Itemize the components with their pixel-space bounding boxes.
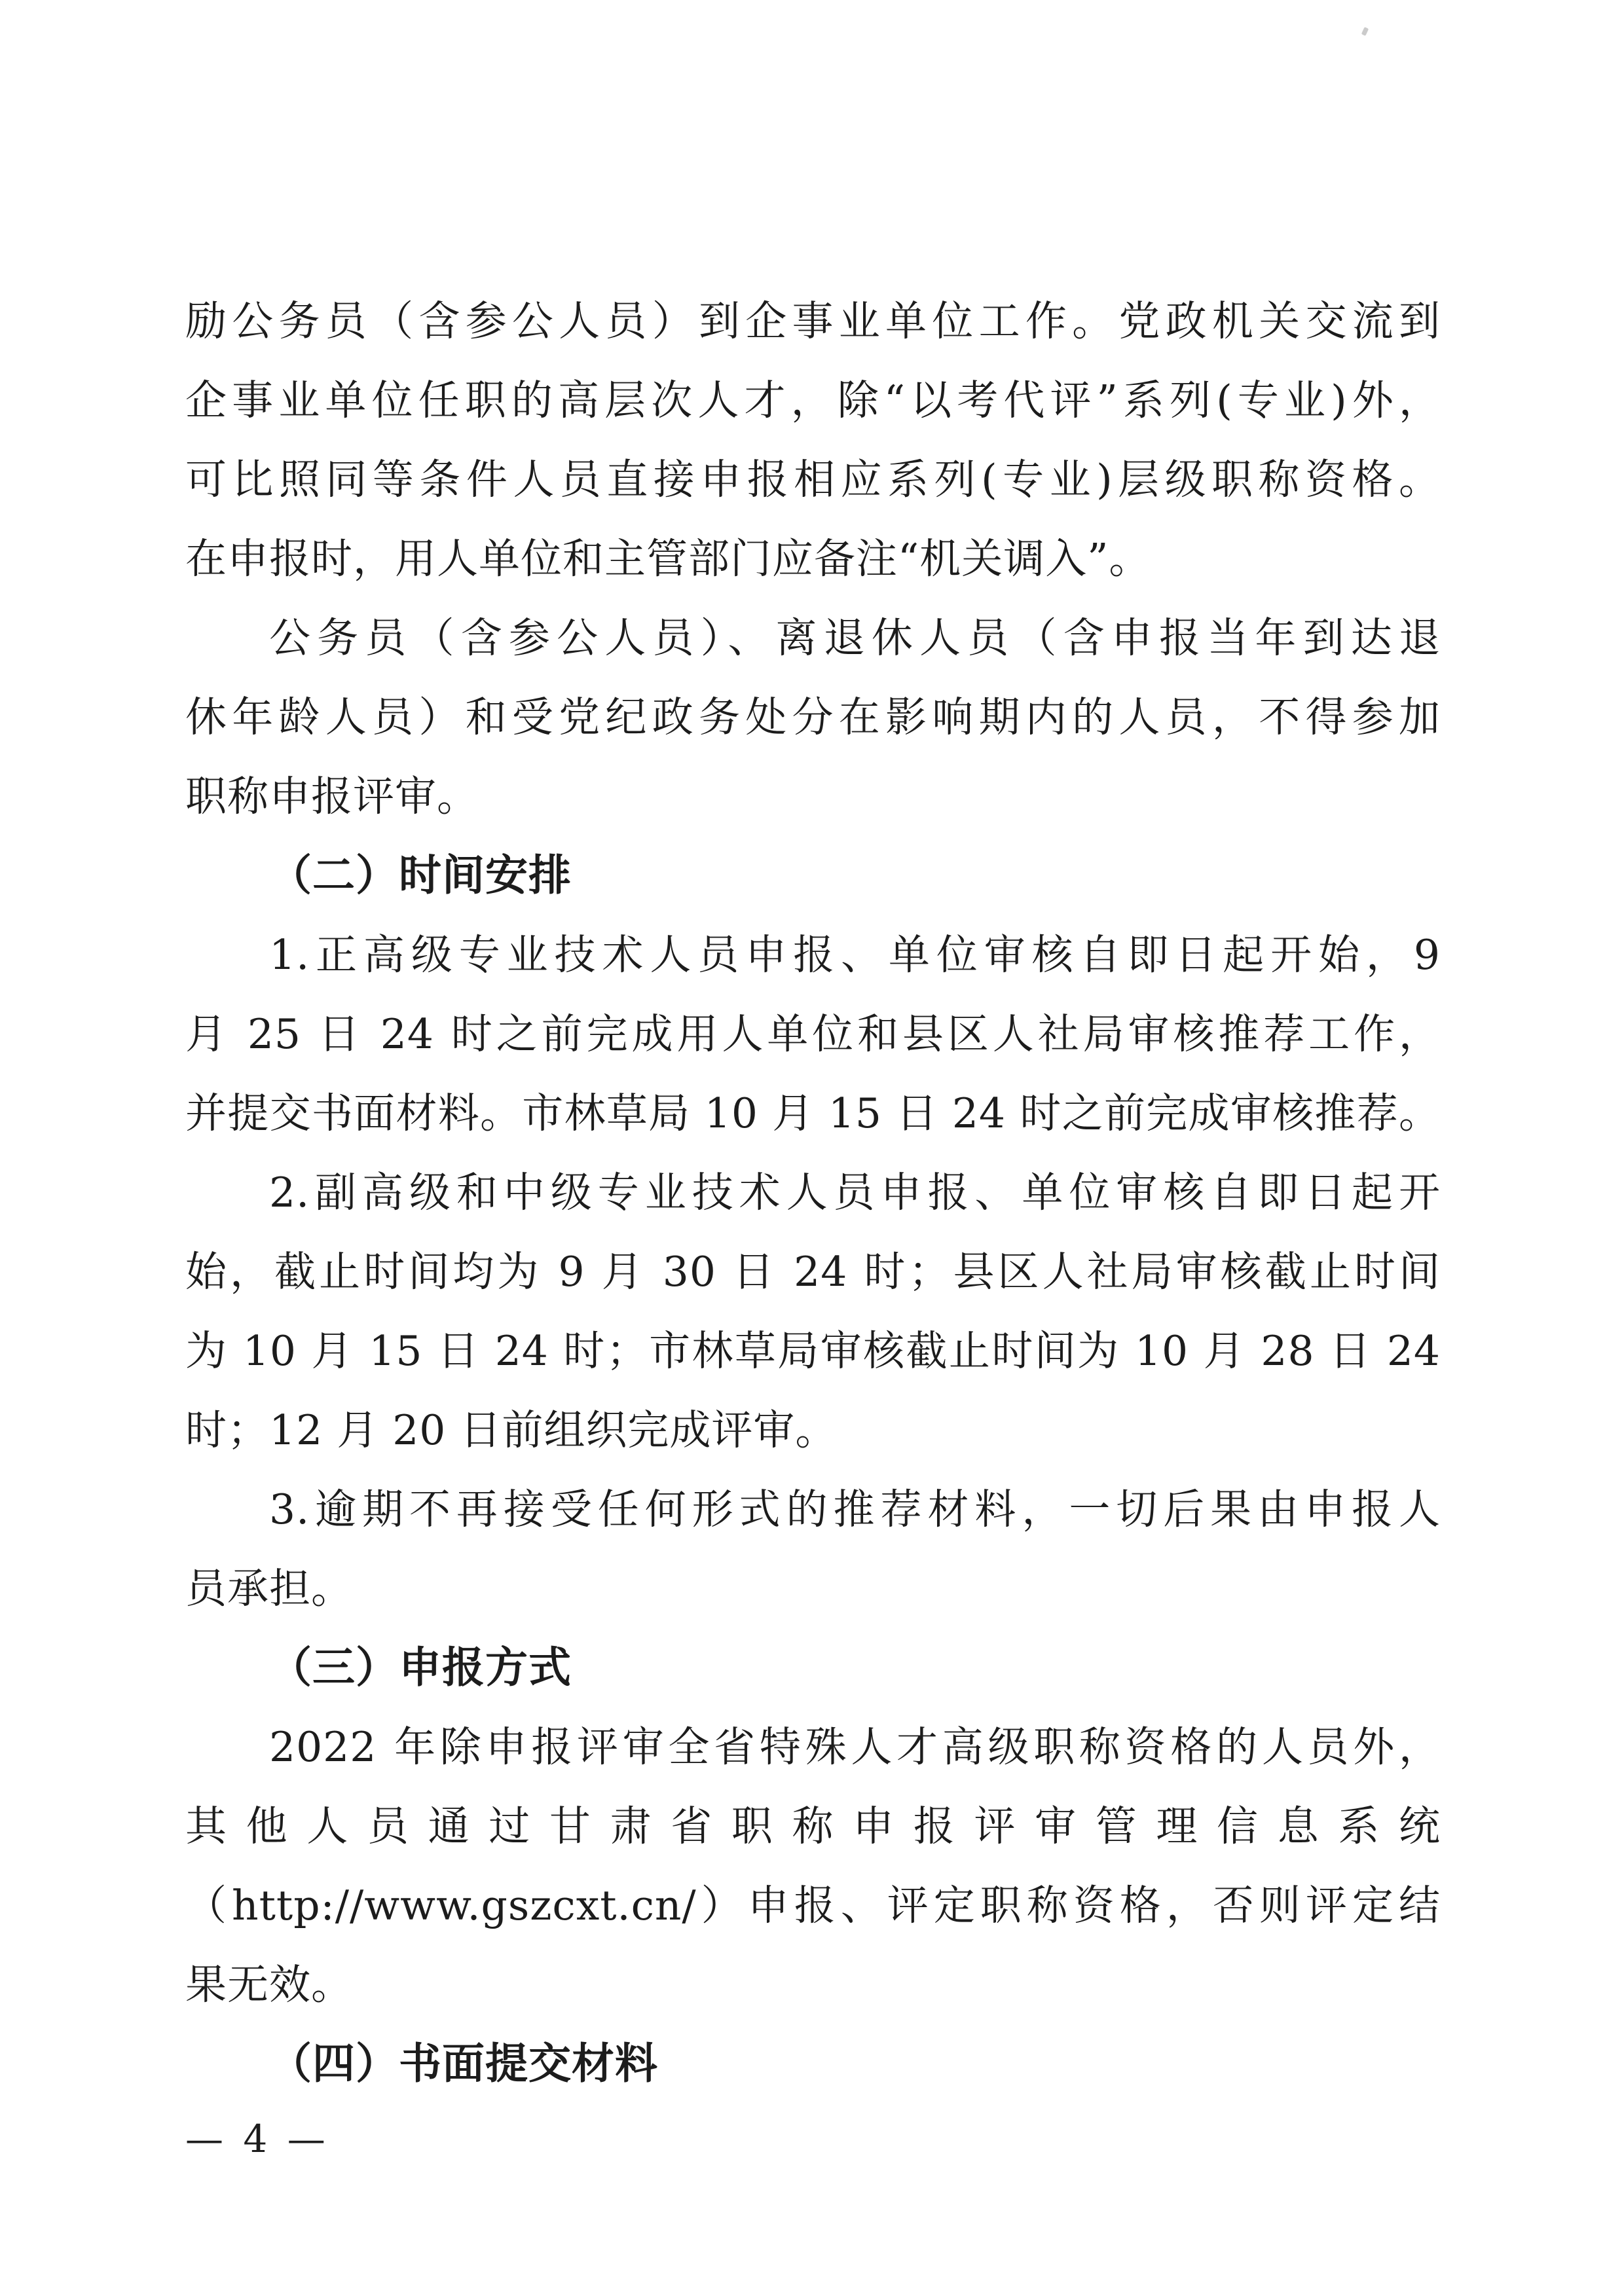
document-page: 励公务员（含参公人员）到企事业单位工作。党政机关交流到企事业单位任职的高层次人才… [0, 0, 1624, 2296]
text-line: 可比照同等条件人员直接申报相应系列(专业)层级职称资格。 [185, 440, 1441, 519]
text-line: 1.正高级专业技术人员申报、单位审核自即日起开始，9 [185, 915, 1441, 994]
text-line: （http://www.gszcxt.cn/）申报、评定职称资格，否则评定结 [185, 1866, 1441, 1945]
text-line: 并提交书面材料。市林草局 10 月 15 日 24 时之前完成审核推荐。 [185, 1074, 1441, 1153]
text-block: 励公务员（含参公人员）到企事业单位工作。党政机关交流到企事业单位任职的高层次人才… [185, 282, 1441, 2104]
page-number: — 4 — [185, 2109, 329, 2168]
text-line: 员承担。 [185, 1549, 1441, 1628]
text-line: 休年龄人员）和受党纪政务处分在影响期内的人员，不得参加 [185, 678, 1441, 757]
text-line: 其他人员通过甘肃省职称申报评审管理信息系统 [185, 1787, 1441, 1866]
text-line: 2022 年除申报评审全省特殊人才高级职称资格的人员外， [185, 1707, 1441, 1787]
section-heading: （二）时间安排 [185, 836, 1441, 915]
text-line: 始，截止时间均为 9 月 30 日 24 时；县区人社局审核截止时间 [185, 1232, 1441, 1311]
text-line: 为 10 月 15 日 24 时；市林草局审核截止时间为 10 月 28 日 2… [185, 1311, 1441, 1391]
text-line: 果无效。 [185, 1945, 1441, 2024]
section-heading: （三）申报方式 [185, 1628, 1441, 1707]
text-line: 公务员（含参公人员）、离退休人员（含申报当年到达退 [185, 598, 1441, 678]
text-line: 月 25 日 24 时之前完成用人单位和县区人社局审核推荐工作， [185, 994, 1441, 1074]
text-line: 励公务员（含参公人员）到企事业单位工作。党政机关交流到 [185, 282, 1441, 361]
text-line: 在申报时，用人单位和主管部门应备注“机关调入”。 [185, 519, 1441, 598]
text-line: 3.逾期不再接受任何形式的推荐材料，一切后果由申报人 [185, 1470, 1441, 1549]
text-line: 2.副高级和中级专业技术人员申报、单位审核自即日起开 [185, 1153, 1441, 1232]
scan-speck-icon [1361, 27, 1369, 36]
text-line: 企事业单位任职的高层次人才，除“以考代评”系列(专业)外， [185, 361, 1441, 440]
section-heading: （四）书面提交材料 [185, 2024, 1441, 2104]
text-line: 职称申报评审。 [185, 757, 1441, 836]
text-line: 时；12 月 20 日前组织完成评审。 [185, 1391, 1441, 1470]
